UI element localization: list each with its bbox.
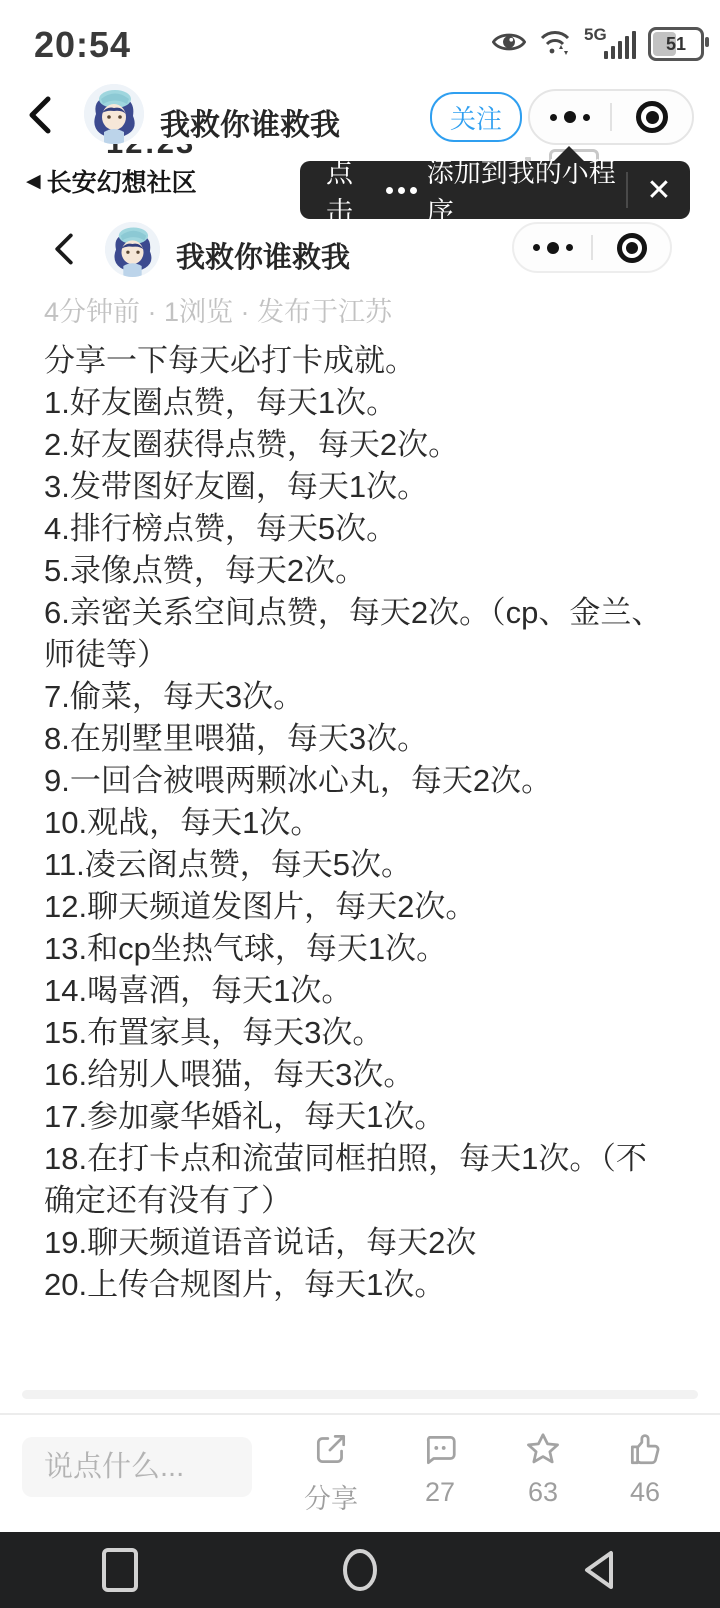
comment-input[interactable]: 说点什么... [22,1437,252,1497]
post-content: 分享一下每天必打卡成就。 1.好友圈点赞，每天1次。 2.好友圈获得点赞，每天2… [44,340,668,1306]
add-to-miniprograms-tooltip: 点击 添加到我的小程序 ✕ [300,161,690,219]
post-line: 18.在打卡点和流萤同框拍照，每天1次。（不确定还有没有了） [44,1138,668,1222]
embedded-user-name: 我救你谁救我 [176,235,350,276]
avatar[interactable] [84,84,144,144]
home-button[interactable] [240,1546,480,1594]
share-icon [312,1430,350,1473]
exit-button[interactable] [612,91,692,143]
embedded-exit-button[interactable] [593,224,670,271]
comment-icon [421,1430,459,1473]
back-triangle-icon [580,1548,620,1592]
back-icon[interactable] [27,96,53,134]
status-time: 20:54 [34,24,131,66]
more-dots-icon [550,111,590,123]
post-line: 16.给别人喂猫，每天3次。 [44,1054,668,1096]
post-line: 6.亲密关系空间点赞，每天2次。（cp、金兰、师徒等） [44,592,668,676]
tooltip-prefix: 点击 [326,151,376,229]
embedded-capsule [512,222,672,273]
post-line: 7.偷菜，每天3次。 [44,676,668,718]
recents-button[interactable] [0,1547,240,1593]
android-nav-bar [0,1532,720,1608]
post-line: 13.和cp坐热气球，每天1次。 [44,928,668,970]
post-line: 15.布置家具，每天3次。 [44,1012,668,1054]
post-line: 4.排行榜点赞，每天5次。 [44,508,668,550]
return-to-app-chip[interactable]: ◀ 长安幻想社区 [26,163,197,199]
screen: 20:54 5G 51 我救你谁救我 关注 12:23 [0,0,720,1608]
post-line: 14.喝喜酒，每天1次。 [44,970,668,1012]
home-circle-icon [340,1546,380,1594]
embedded-back-icon[interactable] [53,232,75,266]
post-line: 8.在别墅里喂猫，每天3次。 [44,718,668,760]
post-line: 17.参加豪华婚礼，每天1次。 [44,1096,668,1138]
like-button[interactable]: 46 [597,1430,693,1508]
post-meta: 4分钟前 · 1浏览 · 发布于江苏 [44,290,392,329]
embedded-more-dots-icon [533,242,573,254]
tooltip-close-icon[interactable]: ✕ [628,173,690,208]
post-line: 3.发带图好友圈，每天1次。 [44,466,668,508]
star-icon [524,1430,562,1473]
post-line: 5.录像点赞，每天2次。 [44,550,668,592]
battery-icon: 51 [648,27,704,61]
status-icons: 5G 51 [492,24,704,64]
post-line: 12.聊天频道发图片，每天2次。 [44,886,668,928]
miniprogram-capsule [528,89,694,145]
exit-target-icon [636,101,668,133]
post-line: 19.聊天频道语音说话，每天2次 [44,1222,668,1264]
user-name: 我救你谁救我 [160,100,340,144]
favorite-button[interactable]: 63 [495,1430,591,1508]
left-triangle-icon: ◀ [26,170,41,193]
post-line: 10.观战，每天1次。 [44,802,668,844]
post-line: 11.凌云阁点赞，每天5次。 [44,844,668,886]
tooltip-suffix: 添加到我的小程序 [427,151,626,229]
embedded-avatar[interactable] [105,222,160,277]
post-line: 9.一回合被喂两颗冰心丸，每天2次。 [44,760,668,802]
more-button[interactable] [530,91,610,143]
thumbs-up-icon [626,1430,664,1473]
signal-5g-icon: 5G [584,27,636,61]
post-line: 20.上传合规图片，每天1次。 [44,1264,668,1306]
post-line: 分享一下每天必打卡成就。 [44,340,668,382]
embedded-status-time: 12:23 [106,144,196,161]
back-nav-button[interactable] [480,1548,720,1592]
tooltip-arrow [552,146,586,163]
eye-icon [492,30,526,59]
share-button[interactable]: 分享 [283,1430,379,1516]
embedded-more-button[interactable] [514,224,591,271]
comment-button[interactable]: 27 [392,1430,488,1508]
embedded-exit-target-icon [617,233,647,263]
follow-button[interactable]: 关注 [430,92,522,142]
content-end-divider [22,1390,698,1399]
post-line: 1.好友圈点赞，每天1次。 [44,382,668,424]
tooltip-dots-icon [386,187,417,194]
recents-square-icon [101,1547,139,1593]
wifi-icon [538,27,572,62]
post-line: 2.好友圈获得点赞，每天2次。 [44,424,668,466]
